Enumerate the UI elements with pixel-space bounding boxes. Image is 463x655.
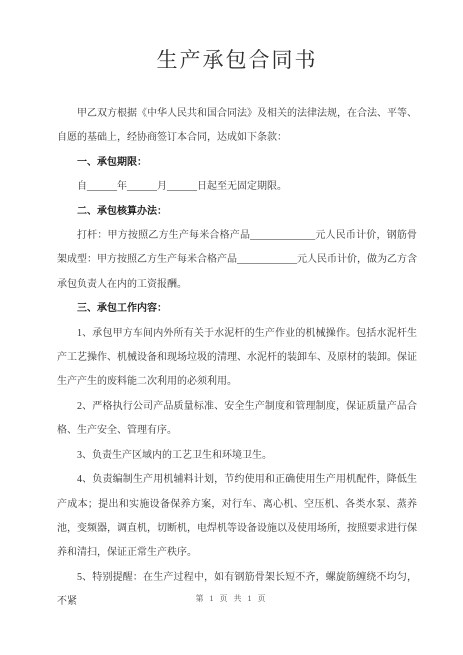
section-3-paragraph-2: 2、严格执行公司产品质量标准、安全生产制度和管理制度，保证质量产品合格、生产安全… [57,395,417,444]
section-2-paragraph-1: 打杆：甲方按照乙方生产每米合格产品_____________元人民币计价，钢筋骨… [57,224,417,297]
document-content: 生产承包合同书 甲乙双方根据《中华人民共和国合同法》及相关的法律法规，在合法、平… [0,0,463,615]
intro-paragraph: 甲乙双方根据《中华人民共和国合同法》及相关的法律法规，在合法、平等、自愿的基础上… [57,102,417,151]
document-page: 生产承包合同书 甲乙双方根据《中华人民共和国合同法》及相关的法律法规，在合法、平… [0,0,463,655]
section-3-paragraph-3: 3、负责生产区域内的工艺卫生和环境卫生。 [57,444,417,468]
page-footer: 第 1 页 共 1 页 [0,593,463,604]
section-3-paragraph-4: 4、负责编制生产用机辅料计划，节约使用和正确使用生产用机配件，降低生产成本；提出… [57,468,417,566]
section-3-heading: 三、承包工作内容： [57,297,417,321]
section-3-paragraph-5: 5、特别提醒：在生产过程中，如有钢筋骨架长短不齐，螺旋筋缠绕不均匀，不紧 [57,566,417,615]
section-1-heading: 一、承包期限： [57,151,417,175]
section-2-heading: 二、承包核算办法： [57,200,417,224]
section-3-paragraph-1: 1、承包甲方车间内外所有关于水泥杆的生产作业的机械操作。包括水泥杆生产工艺操作、… [57,322,417,395]
section-1-paragraph-1: 自______年______月______日起至无固定期限。 [57,175,417,199]
document-title: 生产承包合同书 [57,46,417,74]
